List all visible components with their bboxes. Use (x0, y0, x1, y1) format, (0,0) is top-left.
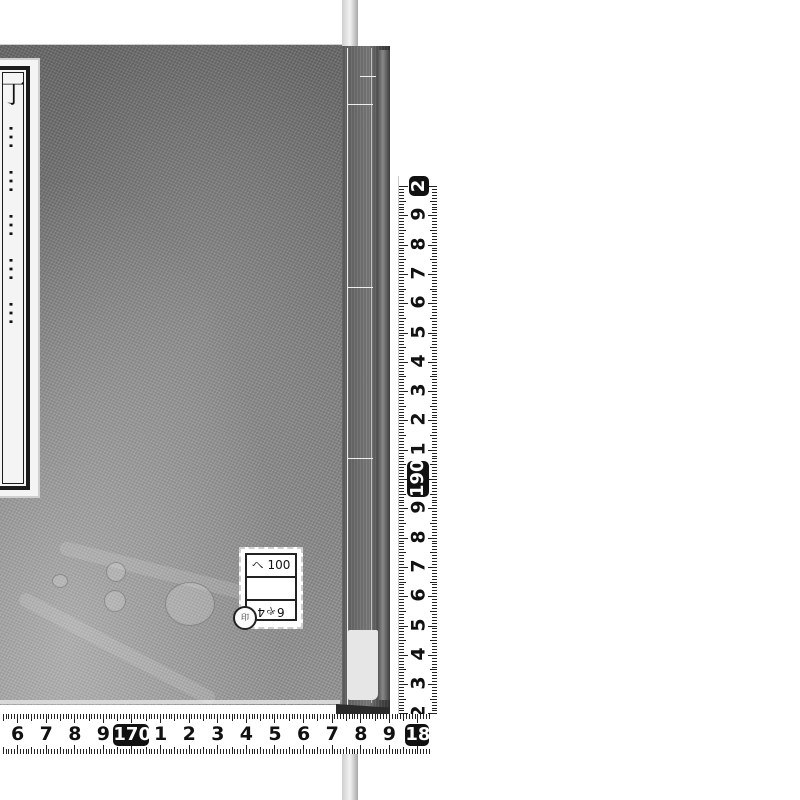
ruler-tick (86, 749, 87, 754)
ruler-tick (399, 412, 404, 413)
ruler-tick (60, 747, 61, 754)
ruler-tick (91, 714, 92, 719)
ruler-tick (399, 186, 408, 187)
ruler-tick (429, 749, 430, 754)
ruler-tick (399, 201, 406, 202)
ruler-tick (257, 714, 258, 719)
ruler-tick (332, 745, 333, 754)
ruler-tick (399, 602, 404, 603)
ruler-tick (399, 702, 404, 703)
ruler-tick (37, 749, 38, 754)
ruler-tick (399, 658, 404, 659)
ruler-tick (399, 350, 404, 351)
ruler-tick (326, 749, 327, 754)
ruler-tick (180, 749, 181, 754)
ruler-tick (399, 300, 404, 301)
ruler-tick (257, 749, 258, 754)
ruler-tick (432, 570, 437, 571)
ruler-tick (432, 356, 437, 357)
ruler-tick (229, 749, 230, 754)
ruler-tick (186, 714, 187, 719)
ruler-tick (432, 617, 437, 618)
ruler-tick (68, 749, 69, 754)
ruler-tick (399, 611, 406, 612)
ruler-tick (74, 745, 75, 754)
ruler-tick (174, 714, 175, 721)
ruler-tick (432, 321, 437, 322)
ruler-tick (432, 277, 437, 278)
ruler-tick (399, 259, 406, 260)
ruler-tick (399, 239, 404, 240)
ruler-tick (366, 749, 367, 754)
ruler-tick (306, 714, 307, 719)
ruler-tick (51, 749, 52, 754)
ruler-tick (399, 643, 404, 644)
ruler-tick (137, 749, 138, 754)
ruler-tick (432, 623, 437, 624)
ruler-tick (243, 749, 244, 754)
ruler-tick (254, 714, 255, 719)
ruler-tick (399, 242, 404, 243)
ruler-label: 7 (40, 723, 53, 745)
ruler-tick (114, 714, 115, 719)
ruler-tick (430, 669, 437, 670)
ruler-tick (157, 749, 158, 754)
ruler-tick (432, 667, 437, 668)
ruler-tick (389, 745, 390, 754)
ruler-label: 9 (97, 723, 110, 745)
ruler-tick (399, 353, 404, 354)
ruler-tick (8, 714, 9, 719)
ruler-tick (399, 529, 404, 530)
ruler-tick (399, 321, 404, 322)
ruler-tick (432, 593, 437, 594)
ruler-label: 7 (326, 723, 339, 745)
ruler-tick (200, 749, 201, 754)
ruler-tick (343, 714, 344, 719)
ruler-tick (389, 714, 390, 723)
ruler-tick (399, 438, 404, 439)
ruler-tick (399, 485, 404, 486)
ruler-tick (303, 714, 304, 723)
ruler-tick (399, 368, 404, 369)
ruler-tick (432, 280, 437, 281)
ruler-tick (149, 749, 150, 754)
ruler-tick (277, 749, 278, 754)
ruler-tick (140, 714, 141, 719)
ruler-tick (246, 745, 247, 754)
ruler-tick (432, 412, 437, 413)
ruler-tick (399, 634, 404, 635)
ruler-tick (399, 233, 404, 234)
ruler-tick (386, 749, 387, 754)
ruler-tick (194, 714, 195, 719)
ruler-tick (432, 584, 437, 585)
ruler-tick (11, 714, 12, 719)
ruler-tick (71, 749, 72, 754)
ruler-tick (399, 365, 404, 366)
ruler-tick (186, 749, 187, 754)
ruler-tick (214, 749, 215, 754)
ruler-tick (263, 749, 264, 754)
ruler-tick (57, 714, 58, 719)
ruler-tick (68, 714, 69, 719)
ruler-tick (406, 714, 407, 719)
ruler-tick (117, 747, 118, 754)
ruler-tick (432, 315, 437, 316)
ruler-tick (432, 587, 437, 588)
ruler-tick (432, 286, 437, 287)
ruler-tick (83, 749, 84, 754)
ruler-tick (383, 714, 384, 719)
ruler-tick (209, 749, 210, 754)
ruler-label: 3 (408, 676, 430, 689)
ruler-tick (157, 714, 158, 719)
ruler-tick (111, 714, 112, 719)
ruler-tick (399, 327, 404, 328)
title-slip-text: 丁⋯⋯⋯⋯⋯ (0, 80, 24, 344)
ruler-tick (432, 426, 437, 427)
ruler-tick (300, 714, 301, 719)
ruler-tick (432, 429, 437, 430)
ruler-tick (432, 590, 437, 591)
ruler-tick (432, 248, 437, 249)
ruler-tick (177, 714, 178, 719)
ruler-tick (129, 749, 130, 754)
ruler-tick (430, 552, 437, 553)
ruler-tick (399, 461, 404, 462)
ruler-tick (399, 500, 404, 501)
ruler-tick (432, 488, 437, 489)
ruler-tick (432, 397, 437, 398)
ruler-tick (399, 262, 404, 263)
spine-edge (378, 50, 390, 700)
ruler-tick (432, 294, 437, 295)
ruler-tick (399, 640, 406, 641)
ruler-tick (399, 294, 404, 295)
ruler-tick (399, 605, 404, 606)
ruler-tick (129, 714, 130, 719)
ruler-tick (432, 441, 437, 442)
ruler-tick (399, 444, 404, 445)
ruler-tick (17, 714, 18, 723)
ruler-tick (399, 514, 404, 515)
ruler-tick (120, 714, 121, 719)
ruler-tick (399, 315, 404, 316)
ruler-tick (123, 749, 124, 754)
ruler-tick (399, 236, 404, 237)
ruler-tick (3, 747, 4, 754)
ruler-tick (37, 714, 38, 719)
ruler-tick (432, 218, 437, 219)
ruler-tick (399, 520, 404, 521)
ruler-tick (399, 283, 404, 284)
ruler-tick (360, 745, 361, 754)
ruler-tick (409, 749, 410, 754)
ruler-tick (432, 417, 437, 418)
ruler-tick (432, 549, 437, 550)
ruler-label: 5 (408, 325, 430, 338)
ruler-tick (432, 438, 437, 439)
ruler-tick (399, 631, 404, 632)
ruler-tick (399, 344, 404, 345)
ruler-tick (399, 341, 404, 342)
ruler-tick (432, 708, 437, 709)
ruler-tick (211, 714, 212, 719)
ruler-tick (399, 453, 404, 454)
ruler-tick (399, 555, 404, 556)
ruler-tick (143, 714, 144, 719)
ruler-tick (366, 714, 367, 719)
ruler-tick (399, 379, 404, 380)
ruler-tick (131, 745, 132, 754)
ruler-tick (399, 681, 404, 682)
ruler-tick (399, 552, 406, 553)
ruler-tick (329, 749, 330, 754)
ruler-tick (143, 749, 144, 754)
ruler-tick (399, 394, 404, 395)
ruler-tick (280, 714, 281, 719)
ruler-tick (312, 714, 313, 719)
ruler-tick (126, 749, 127, 754)
ruler-tick (31, 747, 32, 754)
ruler-label: 6 (297, 723, 310, 745)
ruler-tick (314, 749, 315, 754)
ruler-tick (60, 714, 61, 721)
ruler-tick (430, 611, 437, 612)
ruler-tick (234, 749, 235, 754)
ruler-tick (249, 714, 250, 719)
ruler-tick (100, 749, 101, 754)
ruler-tick (399, 570, 404, 571)
ruler-tick (430, 230, 437, 231)
binding-thread (347, 48, 348, 708)
ruler-tick (432, 268, 437, 269)
ruler-tick (432, 526, 437, 527)
ruler-tick (430, 318, 437, 319)
ruler-tick (432, 335, 437, 336)
cover-stain (104, 590, 126, 612)
ruler-tick (399, 482, 404, 483)
ruler-tick (399, 661, 404, 662)
ruler-tick (399, 699, 406, 700)
cover-bottom-edge (0, 700, 340, 704)
ruler-tick (432, 532, 437, 533)
ruler-tick (432, 447, 437, 448)
ruler-tick (432, 476, 437, 477)
ruler-tick (312, 749, 313, 754)
ruler-tick (432, 388, 437, 389)
ruler-tick (432, 458, 437, 459)
ruler-badge-top: 2 (409, 176, 429, 196)
ruler-tick (432, 652, 437, 653)
ruler-tick (399, 476, 404, 477)
ruler-tick (432, 253, 437, 254)
ruler-tick (399, 464, 406, 465)
ruler-tick (426, 714, 427, 719)
ruler-tick (20, 714, 21, 719)
ruler-tick (46, 714, 47, 723)
ruler-tick (17, 745, 18, 754)
ruler-tick (399, 646, 404, 647)
ruler-tick (340, 714, 341, 719)
ruler-tick (174, 747, 175, 754)
ruler-tick (432, 500, 437, 501)
ruler-tick (134, 749, 135, 754)
ruler-tick (48, 749, 49, 754)
ruler-tick (432, 330, 437, 331)
ruler-tick (432, 470, 437, 471)
ruler-tick (137, 714, 138, 719)
ruler-tick (432, 661, 437, 662)
ruler-tick (432, 291, 437, 292)
cover-stain (52, 574, 68, 588)
ruler-label: 2 (183, 723, 196, 745)
ruler-tick (149, 714, 150, 719)
ruler-tick (363, 749, 364, 754)
ruler-tick (206, 749, 207, 754)
ruler-tick (103, 714, 104, 723)
ruler-tick (432, 189, 437, 190)
ruler-tick (66, 749, 67, 754)
ruler-tick (432, 271, 437, 272)
ruler-tick (120, 749, 121, 754)
ruler-tick (237, 714, 238, 719)
ruler-tick (432, 561, 437, 562)
ruler-tick (399, 696, 404, 697)
support-stick-top (342, 0, 358, 48)
ruler-tick (399, 253, 404, 254)
ruler-tick (346, 714, 347, 721)
ruler-tick (46, 745, 47, 754)
ruler-tick (399, 667, 404, 668)
ruler-tick (399, 494, 406, 495)
ruler-tick (399, 312, 404, 313)
ruler-tick (399, 576, 404, 577)
ruler-tick (266, 714, 267, 719)
ruler-tick (399, 558, 404, 559)
ruler-tick (432, 423, 437, 424)
ruler-tick (415, 714, 416, 719)
ruler-tick (343, 749, 344, 754)
ruler-tick (432, 327, 437, 328)
ruler-tick (432, 620, 437, 621)
ruler-tick (423, 714, 424, 719)
ruler-tick (399, 403, 404, 404)
ruler-tick (372, 749, 373, 754)
ruler-tick (399, 268, 404, 269)
ruler-tick (194, 749, 195, 754)
ruler-tick (206, 714, 207, 719)
ruler-tick (249, 749, 250, 754)
ruler-tick (429, 714, 430, 719)
ruler-tick (375, 747, 376, 754)
ruler-tick (432, 681, 437, 682)
ruler-tick (430, 464, 437, 465)
ruler-tick (399, 608, 404, 609)
ruler-tick (294, 714, 295, 719)
ruler-tick (377, 714, 378, 719)
ruler-tick (430, 523, 437, 524)
ruler-tick (430, 582, 437, 583)
ruler-tick (399, 376, 406, 377)
ruler-tick (232, 714, 233, 721)
ruler-tick (131, 714, 132, 723)
ruler-tick (363, 714, 364, 719)
ruler-tick (66, 714, 67, 719)
ruler-tick (23, 749, 24, 754)
ruler-tick (399, 415, 404, 416)
ruler-tick (28, 749, 29, 754)
ruler-tick (399, 382, 404, 383)
ruler-tick (369, 749, 370, 754)
ruler-tick (283, 749, 284, 754)
ruler-tick (83, 714, 84, 719)
ruler-tick (432, 371, 437, 372)
ruler-tick (432, 467, 437, 468)
ruler-tick (3, 714, 4, 721)
ruler-tick (189, 714, 190, 723)
ruler-tick (40, 749, 41, 754)
ruler-tick (151, 714, 152, 719)
ruler-tick (420, 714, 421, 719)
ruler-tick (34, 749, 35, 754)
ruler-tick (300, 749, 301, 754)
ruler-tick (191, 714, 192, 719)
ruler-tick (432, 207, 437, 208)
ruler-label: 1 (154, 723, 167, 745)
ruler-label: 8 (354, 723, 367, 745)
ruler-tick (317, 714, 318, 721)
ruler-tick (432, 687, 437, 688)
ruler-tick (337, 714, 338, 719)
ruler-tick (323, 749, 324, 754)
ruler-tick (399, 587, 404, 588)
ruler-tick (399, 614, 404, 615)
ruler-tick (134, 714, 135, 719)
ruler-tick (183, 714, 184, 719)
ruler-tick (432, 573, 437, 574)
ruler-tick (140, 749, 141, 754)
ruler-tick (399, 687, 404, 688)
ruler-tick (286, 749, 287, 754)
ruler-tick (232, 747, 233, 754)
ruler-tick (180, 714, 181, 719)
ruler-tick (166, 714, 167, 719)
ruler-tick (169, 749, 170, 754)
ruler-tick (432, 453, 437, 454)
ruler-tick (399, 359, 404, 360)
binding-thread (347, 458, 373, 459)
ruler-tick (8, 749, 9, 754)
ruler-tick (409, 714, 410, 719)
ruler-tick (399, 250, 404, 251)
ruler-tick (211, 749, 212, 754)
ruler-tick (360, 714, 361, 723)
ruler-tick (399, 502, 404, 503)
ruler-label: 9 (383, 723, 396, 745)
ruler-tick (94, 749, 95, 754)
ruler-tick (406, 749, 407, 754)
ruler-tick (71, 714, 72, 719)
ruler-tick (203, 747, 204, 754)
title-slip: 丁⋯⋯⋯⋯⋯ (0, 58, 40, 498)
ruler-tick (334, 714, 335, 719)
ruler-tick (432, 614, 437, 615)
ruler-tick (432, 658, 437, 659)
ruler-label: 4 (408, 354, 430, 367)
ruler-tick (432, 224, 437, 225)
